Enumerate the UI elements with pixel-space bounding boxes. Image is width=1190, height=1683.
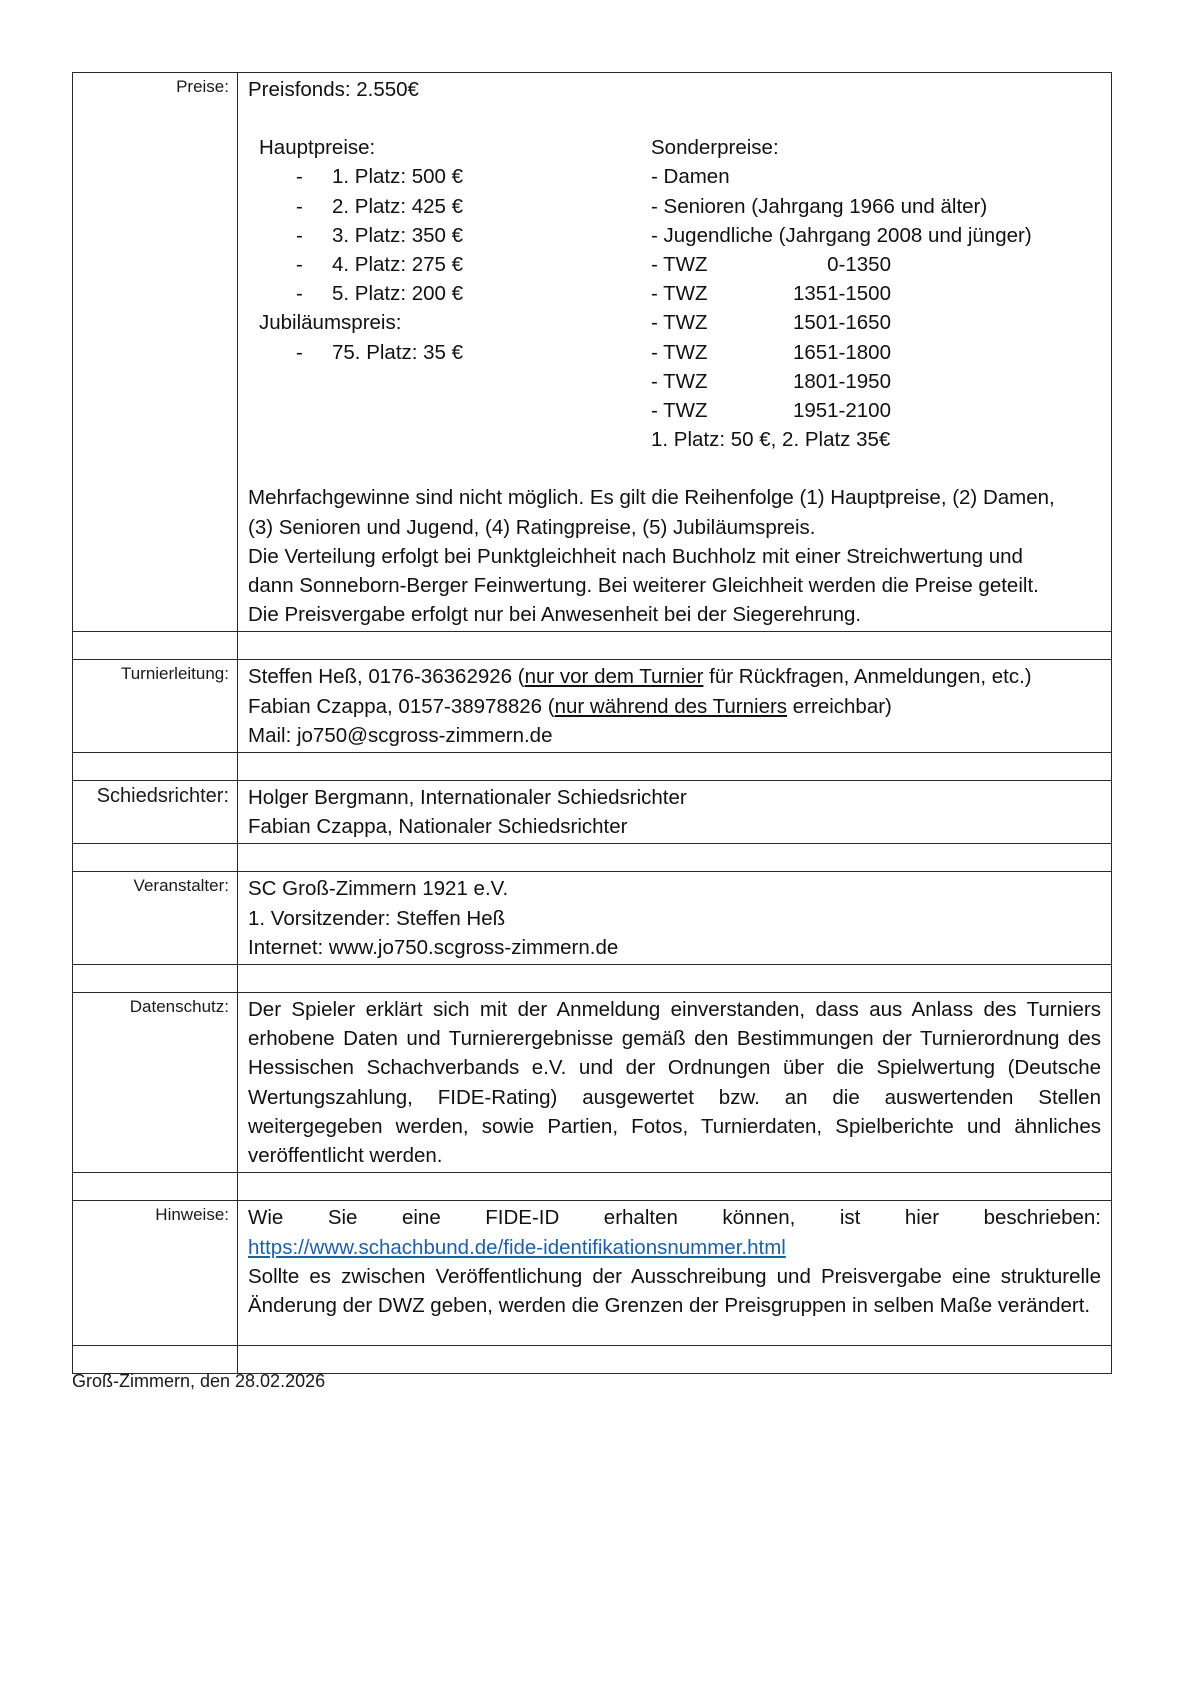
row-schiedsrichter: Schiedsrichter: Holger Bergmann, Interna… bbox=[73, 781, 1112, 844]
content-schiedsrichter: Holger Bergmann, Internationaler Schieds… bbox=[238, 781, 1112, 844]
row-hinweise: Hinweise: Wie Sie eine FIDE-ID erhalten … bbox=[73, 1201, 1112, 1346]
spacer-cell bbox=[238, 1346, 1112, 1374]
twz-label: - TWZ bbox=[651, 338, 741, 367]
main-prize-text: 1. Platz: 500 € bbox=[332, 165, 463, 188]
list-dash: - bbox=[296, 338, 332, 367]
main-prize-text: 2. Platz: 425 € bbox=[332, 195, 463, 218]
twz-label: - TWZ bbox=[651, 308, 741, 337]
main-prize-item: -2. Platz: 425 € bbox=[259, 192, 651, 221]
label-veranstalter: Veranstalter: bbox=[73, 872, 238, 965]
row-datenschutz: Datenschutz: Der Spieler erklärt sich mi… bbox=[73, 993, 1112, 1173]
twz-range: 1951-2100 bbox=[741, 396, 891, 425]
organizer-line: Internet: www.jo750.scgross-zimmern.de bbox=[248, 933, 1101, 962]
twz-range: 1801-1950 bbox=[741, 367, 891, 396]
director-note: erreichbar) bbox=[787, 695, 892, 718]
list-dash: - bbox=[296, 279, 332, 308]
director-mail: Mail: jo750@scgross-zimmern.de bbox=[248, 721, 1101, 750]
main-prize-item: -4. Platz: 275 € bbox=[259, 250, 651, 279]
spacer-row bbox=[73, 1346, 1112, 1374]
prize-rule-line: (3) Senioren und Jugend, (4) Ratingpreis… bbox=[248, 513, 1101, 542]
label-preise: Preise: bbox=[73, 73, 238, 632]
organizer-line: 1. Vorsitzender: Steffen Heß bbox=[248, 904, 1101, 933]
twz-range: 1501-1650 bbox=[741, 308, 891, 337]
spacer-cell bbox=[73, 965, 238, 993]
spacer-row bbox=[73, 632, 1112, 660]
content-veranstalter: SC Groß-Zimmern 1921 e.V. 1. Vorsitzende… bbox=[238, 872, 1112, 965]
director-note-underlined: nur während des Turniers bbox=[555, 695, 787, 718]
content-turnierleitung: Steffen Heß, 0176-36362926 (nur vor dem … bbox=[238, 660, 1112, 753]
organizer-line: SC Groß-Zimmern 1921 e.V. bbox=[248, 874, 1101, 903]
spacer-row bbox=[73, 753, 1112, 781]
spacer-cell bbox=[73, 753, 238, 781]
jubilee-title: Jubiläumspreis: bbox=[259, 308, 651, 337]
arbiter-line: Holger Bergmann, Internationaler Schieds… bbox=[248, 783, 1101, 812]
main-prize-text: 3. Platz: 350 € bbox=[332, 224, 463, 247]
list-dash: - bbox=[296, 250, 332, 279]
arbiter-line: Fabian Czappa, Nationaler Schiedsrichter bbox=[248, 812, 1101, 841]
label-datenschutz: Datenschutz: bbox=[73, 993, 238, 1173]
label-turnierleitung: Turnierleitung: bbox=[73, 660, 238, 753]
content-preise: Preisfonds: 2.550€ Hauptpreise: -1. Plat… bbox=[238, 73, 1112, 632]
list-dash: - bbox=[296, 192, 332, 221]
special-prize-item: - Senioren (Jahrgang 1966 und älter) bbox=[651, 192, 1101, 221]
spacer-row bbox=[73, 844, 1112, 872]
spacer-row bbox=[73, 965, 1112, 993]
prize-rule-line: Die Preisvergabe erfolgt nur bei Anwesen… bbox=[248, 600, 1101, 629]
twz-label: - TWZ bbox=[651, 367, 741, 396]
twz-row: - TWZ1951-2100 bbox=[651, 396, 1101, 425]
list-dash: - bbox=[296, 162, 332, 191]
spacer-cell bbox=[73, 632, 238, 660]
fide-link-line: https://www.schachbund.de/fide-identifik… bbox=[248, 1233, 1101, 1262]
spacer-cell bbox=[238, 632, 1112, 660]
spacer-cell bbox=[73, 844, 238, 872]
spacer-cell bbox=[238, 753, 1112, 781]
prize-fund: Preisfonds: 2.550€ bbox=[248, 75, 1101, 104]
main-prize-item: -5. Platz: 200 € bbox=[259, 279, 651, 308]
label-schiedsrichter: Schiedsrichter: bbox=[73, 781, 238, 844]
twz-label: - TWZ bbox=[651, 250, 741, 279]
director-note: für Rückfragen, Anmeldungen, etc.) bbox=[703, 665, 1031, 688]
main-prizes-title: Hauptpreise: bbox=[259, 133, 651, 162]
prize-rule-line: Die Verteilung erfolgt bei Punktgleichhe… bbox=[248, 542, 1101, 571]
jubilee-prize-text: 75. Platz: 35 € bbox=[332, 341, 463, 364]
place-and-date: Groß-Zimmern, den 28.02.2026 bbox=[72, 1371, 325, 1392]
label-hinweise: Hinweise: bbox=[73, 1201, 238, 1346]
twz-row: - TWZ1501-1650 bbox=[651, 308, 1101, 337]
jubilee-prize-item: -75. Platz: 35 € bbox=[259, 338, 651, 367]
special-prize-amounts: 1. Platz: 50 €, 2. Platz 35€ bbox=[651, 425, 1101, 454]
twz-label: - TWZ bbox=[651, 396, 741, 425]
spacer-cell bbox=[238, 1173, 1112, 1201]
tournament-info-table: Preise: Preisfonds: 2.550€ Hauptpreise: … bbox=[72, 72, 1112, 1374]
spacer-cell bbox=[73, 1173, 238, 1201]
special-prizes-title: Sonderpreise: bbox=[651, 133, 1101, 162]
fide-id-intro: Wie Sie eine FIDE-ID erhalten können, is… bbox=[248, 1203, 1101, 1232]
spacer-row bbox=[73, 1173, 1112, 1201]
content-datenschutz: Der Spieler erklärt sich mit der Anmeldu… bbox=[238, 993, 1112, 1173]
twz-row: - TWZ1651-1800 bbox=[651, 338, 1101, 367]
twz-range: 1351-1500 bbox=[741, 279, 891, 308]
main-prize-item: -1. Platz: 500 € bbox=[259, 162, 651, 191]
twz-range: 1651-1800 bbox=[741, 338, 891, 367]
twz-label: - TWZ bbox=[651, 279, 741, 308]
row-veranstalter: Veranstalter: SC Groß-Zimmern 1921 e.V. … bbox=[73, 872, 1112, 965]
spacer-cell bbox=[238, 844, 1112, 872]
director-contact: Steffen Heß, 0176-36362926 ( bbox=[248, 665, 525, 688]
twz-row: - TWZ1351-1500 bbox=[651, 279, 1101, 308]
special-prize-item: - Jugendliche (Jahrgang 2008 und jünger) bbox=[651, 221, 1101, 250]
main-prize-item: -3. Platz: 350 € bbox=[259, 221, 651, 250]
twz-row: - TWZ1801-1950 bbox=[651, 367, 1101, 396]
row-preise: Preise: Preisfonds: 2.550€ Hauptpreise: … bbox=[73, 73, 1112, 632]
prize-rule-line: dann Sonneborn-Berger Feinwertung. Bei w… bbox=[248, 571, 1101, 600]
twz-range: 0-1350 bbox=[741, 250, 891, 279]
special-prize-item: - Damen bbox=[651, 162, 1101, 191]
special-prizes-block: Sonderpreise: - Damen - Senioren (Jahrga… bbox=[651, 133, 1101, 454]
dwz-note: Sollte es zwischen Veröffentlichung der … bbox=[248, 1262, 1101, 1320]
row-turnierleitung: Turnierleitung: Steffen Heß, 0176-363629… bbox=[73, 660, 1112, 753]
twz-row: - TWZ0-1350 bbox=[651, 250, 1101, 279]
list-dash: - bbox=[296, 221, 332, 250]
fide-id-link[interactable]: https://www.schachbund.de/fide-identifik… bbox=[248, 1236, 786, 1259]
director-contact: Fabian Czappa, 0157-38978826 ( bbox=[248, 695, 555, 718]
director-note-underlined: nur vor dem Turnier bbox=[525, 665, 704, 688]
content-hinweise: Wie Sie eine FIDE-ID erhalten können, is… bbox=[238, 1201, 1112, 1346]
prize-rule-line: Mehrfachgewinne sind nicht möglich. Es g… bbox=[248, 483, 1101, 512]
main-prize-text: 4. Platz: 275 € bbox=[332, 253, 463, 276]
main-prize-text: 5. Platz: 200 € bbox=[332, 282, 463, 305]
spacer-cell bbox=[238, 965, 1112, 993]
director-line-1: Steffen Heß, 0176-36362926 (nur vor dem … bbox=[248, 662, 1101, 691]
director-line-2: Fabian Czappa, 0157-38978826 (nur währen… bbox=[248, 692, 1101, 721]
main-prizes-block: Hauptpreise: -1. Platz: 500 € -2. Platz:… bbox=[248, 133, 651, 454]
spacer-cell bbox=[73, 1346, 238, 1374]
prize-grid: Hauptpreise: -1. Platz: 500 € -2. Platz:… bbox=[248, 133, 1101, 454]
